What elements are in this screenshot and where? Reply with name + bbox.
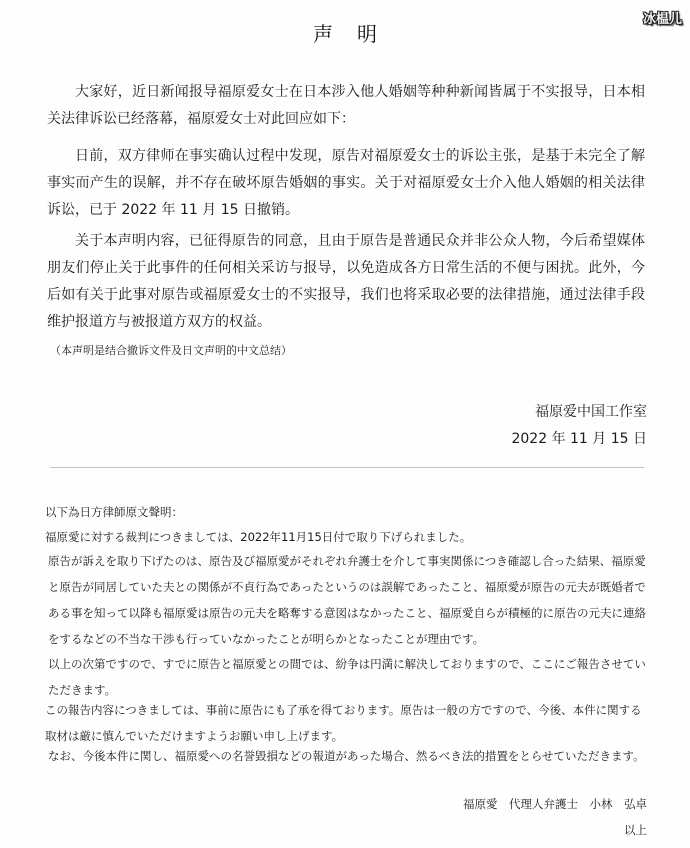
page-title: 声明 <box>0 18 690 47</box>
cn-paragraph-facts: 日前，双方律师在事实确认过程中发现，原告对福原爱女士的诉讼主张，是基于未完全了解… <box>47 143 645 224</box>
cn-signature-issuer: 福原爱中国工作室 <box>535 401 647 421</box>
jp-paragraph-text: 以上の次第ですので、すでに原告と福原愛との間では、紛争は円満に解決しておりますの… <box>45 651 650 703</box>
jp-paragraph-resolution: 以上の次第ですので、すでに原告と福原愛との間では、紛争は円満に解決しておりますの… <box>45 651 650 703</box>
jp-section-header: 以下為日方律師原文聲明： <box>45 499 650 525</box>
jp-signature-closing: 以上 <box>624 822 647 838</box>
cn-paragraph-media-request: 关于本声明内容，已征得原告的同意，且由于原告是普通民众并非公众人物，今后希望媒体… <box>47 228 645 336</box>
cn-paragraph-text: 大家好，近日新闻报导福原爱女士在日本涉入他人婚姻等种种新闻皆属于不实报导，日本相… <box>47 79 645 133</box>
jp-paragraph-text: この報告内容につきましては、事前に原告にも了承を得ております。原告は一般の方です… <box>45 697 650 749</box>
jp-paragraph-withdrawal: 福原愛に対する裁判につきましては、2022年11月15日付で取り下げられました。 <box>45 524 650 550</box>
jp-header-text: 以下為日方律師原文聲明： <box>45 499 650 525</box>
jp-paragraph-media-request: この報告内容につきましては、事前に原告にも了承を得ております。原告は一般の方です… <box>45 697 650 749</box>
cn-summary-note: （本声明是结合撤诉文件及日文声明的中文总结） <box>50 342 292 358</box>
jp-paragraph-legal-action: なお、今後本件に関し、福原愛への名誉毀損などの報道があった場合、然るべき法的措置… <box>45 743 650 769</box>
jp-signature-attorney: 福原愛 代理人弁護士 小林 弘卓 <box>463 796 647 812</box>
jp-paragraph-text: 原告が訴えを取り下げたのは、原告及び福原愛がそれぞれ弁護士を介して事実関係につき… <box>45 548 650 652</box>
cn-paragraph-text: 关于本声明内容，已征得原告的同意，且由于原告是普通民众并非公众人物，今后希望媒体… <box>47 228 645 336</box>
section-divider <box>50 467 644 468</box>
statement-document: 冰榅儿 声明 大家好，近日新闻报导福原爱女士在日本涉入他人婚姻等种种新闻皆属于不… <box>0 0 690 848</box>
cn-paragraph-text: 日前，双方律师在事实确认过程中发现，原告对福原爱女士的诉讼主张，是基于未完全了解… <box>47 143 645 224</box>
jp-paragraph-reason: 原告が訴えを取り下げたのは、原告及び福原愛がそれぞれ弁護士を介して事実関係につき… <box>45 548 650 652</box>
cn-signature-date: 2022 年 11 月 15 日 <box>511 428 647 448</box>
cn-paragraph-intro: 大家好，近日新闻报导福原爱女士在日本涉入他人婚姻等种种新闻皆属于不实报导，日本相… <box>47 79 645 133</box>
jp-paragraph-text: 福原愛に対する裁判につきましては、2022年11月15日付で取り下げられました。 <box>45 524 650 550</box>
jp-paragraph-text: なお、今後本件に関し、福原愛への名誉毀損などの報道があった場合、然るべき法的措置… <box>45 743 650 769</box>
